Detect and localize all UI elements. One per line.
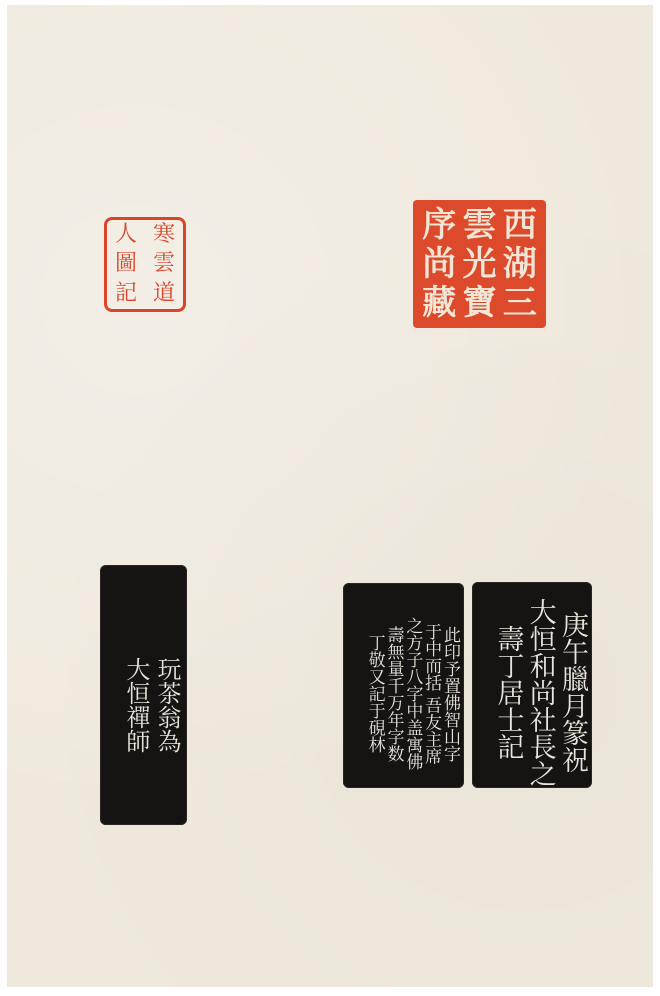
inscription-column: 庚午臘月篆祝 (558, 596, 586, 788)
seal-char: 雲 (459, 206, 499, 245)
seal-char: 藏 (419, 283, 459, 322)
seal-char: 記 (107, 279, 145, 309)
seal-char: 光 (459, 245, 499, 284)
small-red-seal: 寒 雲 道 人 圖 記 (104, 217, 186, 312)
seal-char: 序 (419, 206, 459, 245)
seal-char: 寶 (459, 283, 499, 322)
inscription-column: 之方子八字中盖寓佛 (402, 599, 420, 788)
seal-char: 人 (107, 220, 145, 250)
inscription-column: 壽丁居士記 (493, 596, 521, 788)
inscription-column: 丁敬又記于硯林 (365, 599, 383, 788)
inscription-column: 壽無量千万年字数 (384, 599, 402, 788)
seal-char: 寒 (145, 220, 183, 250)
inscription-column: 玩茶翁為 (154, 585, 179, 825)
seal-char: 湖 (500, 245, 540, 284)
inscription-column: 此印予置佛智山字 (440, 599, 458, 788)
seal-char: 三 (500, 283, 540, 322)
paper-sheet: 寒 雲 道 人 圖 記 西 湖 三 雲 光 寶 序 尚 藏 玩茶翁為 大恒禪師 … (7, 5, 653, 987)
seal-char: 尚 (419, 245, 459, 284)
seal-char: 道 (145, 279, 183, 309)
inscription-column: 大恒和尚社長之 (525, 596, 553, 788)
inscription-column: 于中而括 吾友主席 (421, 599, 439, 788)
inscription-column: 大恒禪師 (123, 585, 148, 825)
seal-char: 西 (500, 206, 540, 245)
inscription-rubbing-middle: 此印予置佛智山字 于中而括 吾友主席 之方子八字中盖寓佛 壽無量千万年字数 丁敬… (343, 583, 464, 788)
inscription-rubbing-left: 玩茶翁為 大恒禪師 (100, 565, 187, 825)
seal-char: 圖 (107, 250, 145, 280)
large-red-seal: 西 湖 三 雲 光 寶 序 尚 藏 (413, 200, 546, 328)
inscription-rubbing-right: 庚午臘月篆祝 大恒和尚社長之 壽丁居士記 (472, 582, 592, 788)
seal-char: 雲 (145, 250, 183, 280)
